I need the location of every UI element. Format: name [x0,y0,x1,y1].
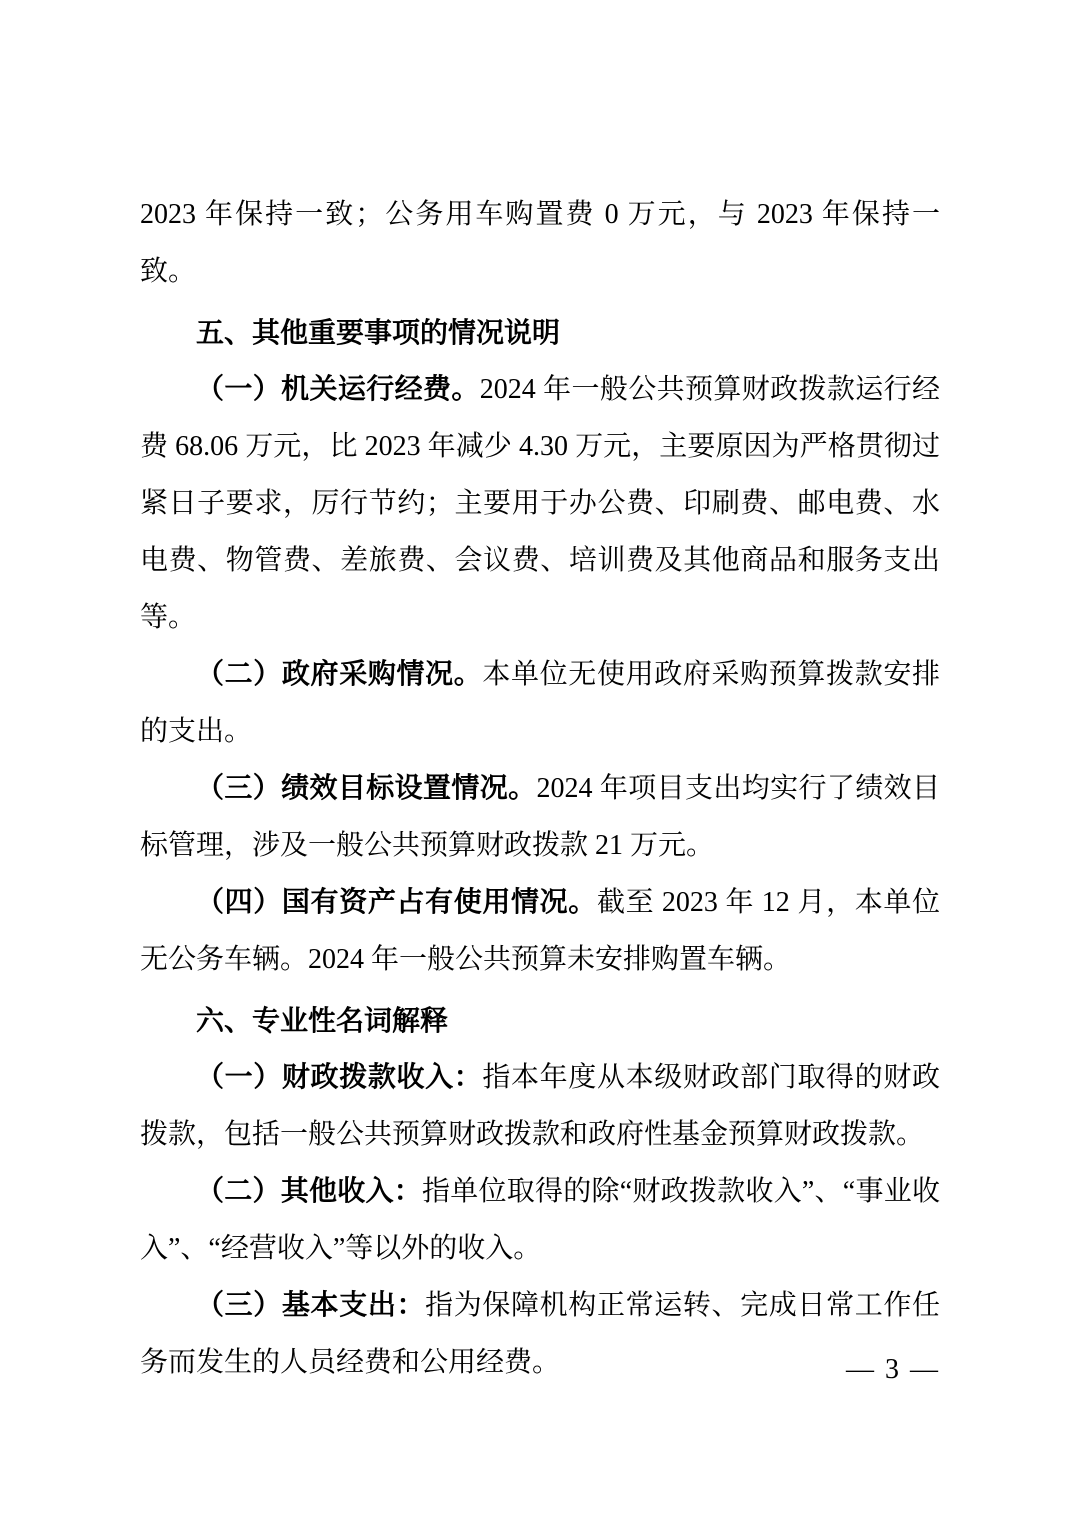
paragraph-other-income: （二）其他收入：指单位取得的除“财政拨款收入”、“事业收入”、“经营收入”等以外… [140,1163,940,1277]
paragraph-lead: （三）绩效目标设置情况。 [196,773,537,804]
paragraph-lead: （三）基本支出： [196,1290,425,1321]
paragraph-state-assets: （四）国有资产占有使用情况。截至 2023 年 12 月，本单位无公务车辆。20… [140,874,940,988]
paragraph-basic-expenditure: （三）基本支出：指为保障机构正常运转、完成日常工作任务而发生的人员经费和公用经费… [140,1277,940,1391]
page-number: — 3 — [846,1349,940,1391]
paragraph-text: 2024 年一般公共预算财政拨款运行经费 68.06 万元，比 2023 年减少… [140,374,940,633]
paragraph-lead: （一）机关运行经费。 [196,374,480,405]
paragraph-continuation: 2023 年保持一致；公务用车购置费 0 万元，与 2023 年保持一致。 [140,186,940,300]
paragraph-fiscal-appropriation-income: （一）财政拨款收入：指本年度从本级财政部门取得的财政拨款，包括一般公共预算财政拨… [140,1049,940,1163]
paragraph-agency-operating-expenses: （一）机关运行经费。2024 年一般公共预算财政拨款运行经费 68.06 万元，… [140,361,940,646]
document-page: 2023 年保持一致；公务用车购置费 0 万元，与 2023 年保持一致。 五、… [0,0,1074,1520]
paragraph-government-procurement: （二）政府采购情况。本单位无使用政府采购预算拨款安排的支出。 [140,646,940,760]
paragraph-lead: （二）政府采购情况。 [196,659,482,690]
paragraph-lead: （四）国有资产占有使用情况。 [196,887,597,918]
section-heading-terminology: 六、专业性名词解释 [140,992,940,1049]
paragraph-performance-targets: （三）绩效目标设置情况。2024 年项目支出均实行了绩效目标管理，涉及一般公共预… [140,760,940,874]
paragraph-lead: （一）财政拨款收入： [196,1062,482,1093]
document-body: 2023 年保持一致；公务用车购置费 0 万元，与 2023 年保持一致。 五、… [140,186,940,1391]
paragraph-lead: （二）其他收入： [196,1176,422,1207]
section-heading-other-important-matters: 五、其他重要事项的情况说明 [140,304,940,361]
